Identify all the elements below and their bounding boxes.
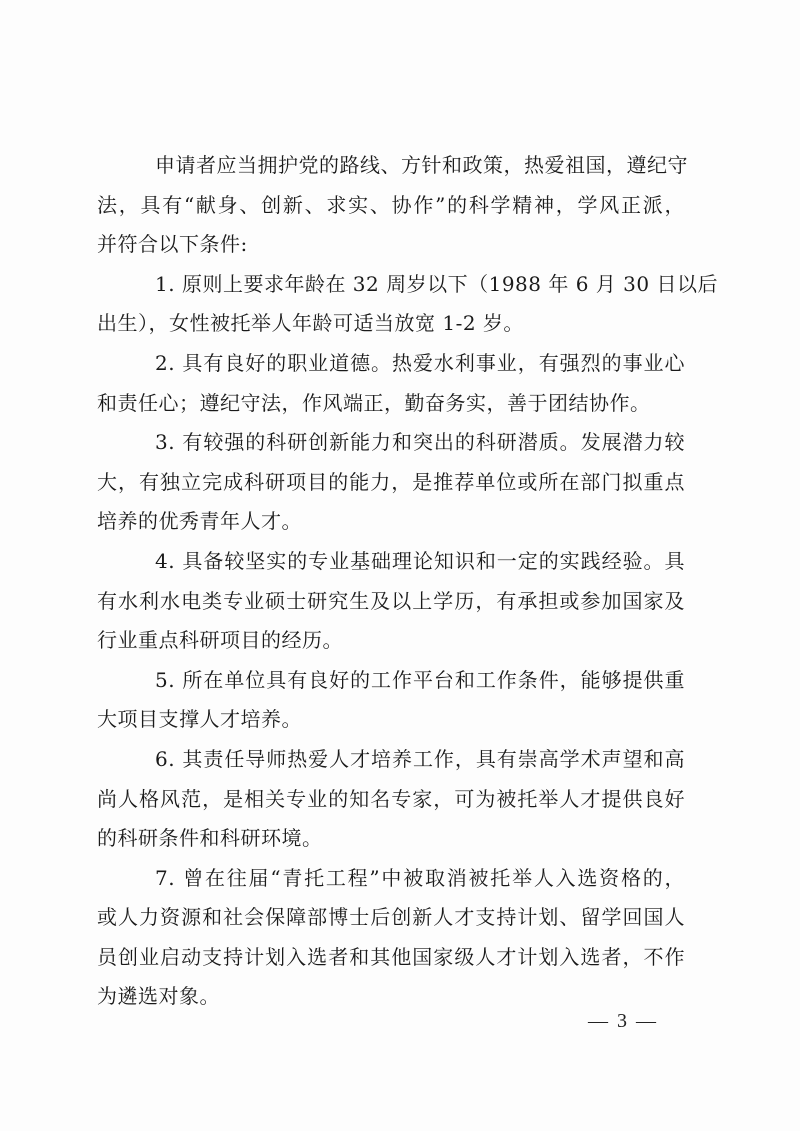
condition-6-line-2: 尚人格风范，是相关专业的知名专家，可为被托举人才提供良好 (97, 780, 685, 820)
page-number: — 3 — (588, 1010, 658, 1033)
condition-3-line-2: 大，有独立完成科研项目的能力，是推荐单位或所在部门拟重点 (97, 463, 685, 503)
condition-7-line-1: 7. 曾在往届“青托工程”中被取消被托举人入选资格的， (97, 859, 685, 899)
condition-5-line-1: 5. 所在单位具有良好的工作平台和工作条件，能够提供重 (97, 661, 685, 701)
condition-3-line-1: 3. 有较强的科研创新能力和突出的科研潜质。发展潜力较 (97, 423, 685, 463)
document-body: 申请者应当拥护党的路线、方针和政策，热爱祖国，遵纪守 法，具有“献身、创新、求实… (97, 146, 697, 1017)
intro-line-1: 申请者应当拥护党的路线、方针和政策，热爱祖国，遵纪守 (97, 146, 685, 186)
condition-6-line-3: 的科研条件和科研环境。 (97, 819, 685, 859)
condition-4-line-2: 有水利水电类专业硕士研究生及以上学历，有承担或参加国家及 (97, 582, 685, 622)
condition-6-line-1: 6. 其责任导师热爱人才培养工作，具有崇高学术声望和高 (97, 740, 685, 780)
condition-3-line-3: 培养的优秀青年人才。 (97, 502, 685, 542)
condition-1-line-1: 1. 原则上要求年龄在 32 周岁以下（1988 年 6 月 30 日以后 (97, 265, 685, 305)
condition-7-line-3: 员创业启动支持计划入选者和其他国家级人才计划入选者，不作 (97, 938, 685, 978)
condition-4-line-1: 4. 具备较坚实的专业基础理论知识和一定的实践经验。具 (97, 542, 685, 582)
condition-1-line-2: 出生），女性被托举人年龄可适当放宽 1-2 岁。 (97, 304, 685, 344)
document-page: 申请者应当拥护党的路线、方针和政策，热爱祖国，遵纪守 法，具有“献身、创新、求实… (0, 0, 800, 1131)
condition-7-line-2: 或人力资源和社会保障部博士后创新人才支持计划、留学回国人 (97, 898, 685, 938)
intro-line-3: 并符合以下条件: (97, 225, 685, 265)
condition-2-line-2: 和责任心；遵纪守法，作风端正，勤奋务实，善于团结协作。 (97, 384, 685, 424)
condition-5-line-2: 大项目支撑人才培养。 (97, 700, 685, 740)
condition-2-line-1: 2. 具有良好的职业道德。热爱水利事业，有强烈的事业心 (97, 344, 685, 384)
condition-4-line-3: 行业重点科研项目的经历。 (97, 621, 685, 661)
intro-line-2: 法，具有“献身、创新、求实、协作”的科学精神，学风正派， (97, 186, 685, 226)
